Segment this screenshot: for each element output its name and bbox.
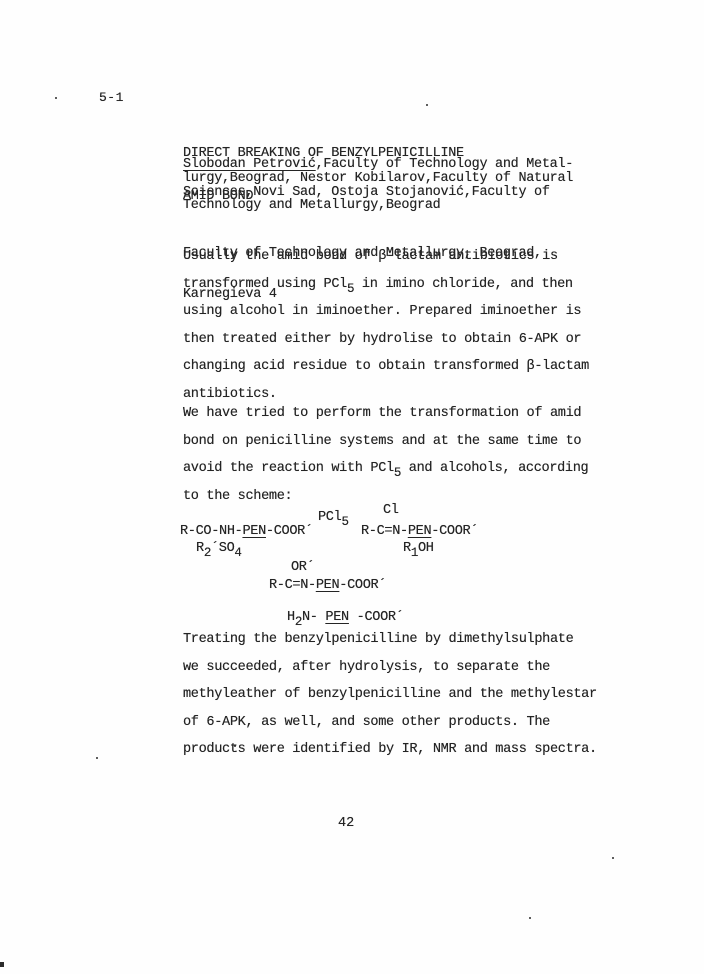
abstract-paragraph-2: We have tried to perform the transformat… bbox=[183, 400, 588, 510]
text-line: Sciences,Novi Sad, Ostoja Stojanović,Fac… bbox=[183, 186, 573, 200]
r2so4-reagent: R2´SO4 bbox=[196, 541, 242, 556]
or-label: OR´ bbox=[291, 560, 314, 575]
authors-block: Slobodan Petrović,Faculty of Technology … bbox=[183, 158, 573, 213]
pcl5-reagent: PCl5 bbox=[318, 510, 349, 525]
text-line: then treated either by hydrolise to obta… bbox=[183, 326, 589, 354]
scanned-document-page: 5-1 DIRECT BREAKING OF BENZYLPENICILLINE… bbox=[0, 0, 704, 974]
scan-speck bbox=[0, 962, 4, 967]
session-label: 5-1 bbox=[99, 90, 124, 105]
text-line: methyleather of benzylpenicilline and th… bbox=[183, 681, 597, 709]
abstract-paragraph-3: Treating the benzylpenicilline by dimeth… bbox=[183, 626, 597, 764]
chlorine-label: Cl bbox=[383, 503, 399, 518]
abstract-paragraph-1: Usually the amid bond of β-lactam antibi… bbox=[183, 243, 589, 409]
formula-imino-chloride: R-C=N-PEN-COOR´ bbox=[361, 524, 478, 539]
text-line: lurgy,Beograd, Nestor Kobilarov,Faculty … bbox=[183, 172, 573, 186]
r1oh-reagent: R1OH bbox=[403, 541, 434, 556]
text-line: using alcohol in iminoether. Prepared im… bbox=[183, 298, 589, 326]
text-line: Slobodan Petrović,Faculty of Technology … bbox=[183, 158, 573, 172]
scan-speck bbox=[612, 857, 614, 859]
text-line: we succeeded, after hydrolysis, to separ… bbox=[183, 654, 597, 682]
formula-benzylpenicilline: R-CO-NH-PEN-COOR´ bbox=[180, 524, 313, 539]
formula-6apk-ester: H2N- PEN -COOR´ bbox=[287, 610, 404, 625]
text-line: products were identified by IR, NMR and … bbox=[183, 736, 597, 764]
scan-speck bbox=[529, 917, 531, 919]
text-line: avoid the reaction with PCl5 and alcohol… bbox=[183, 455, 588, 483]
scan-speck bbox=[55, 97, 57, 99]
text-line: Treating the benzylpenicilline by dimeth… bbox=[183, 626, 597, 654]
scan-speck bbox=[234, 745, 236, 747]
text-line: Usually the amid bond of β-lactam antibi… bbox=[183, 243, 589, 271]
scan-speck bbox=[96, 757, 98, 759]
text-line: changing acid residue to obtain transfor… bbox=[183, 353, 589, 381]
text-line: transformed using PCl5 in imino chloride… bbox=[183, 271, 589, 299]
formula-iminoether: R-C=N-PEN-COOR´ bbox=[269, 578, 386, 593]
scan-speck bbox=[426, 104, 428, 106]
page-number: 42 bbox=[338, 816, 354, 831]
text-line: We have tried to perform the transformat… bbox=[183, 400, 588, 428]
text-line: bond on penicilline systems and at the s… bbox=[183, 428, 588, 456]
text-line: of 6-APK, as well, and some other produc… bbox=[183, 709, 597, 737]
text-line: Technology and Metallurgy,Beograd bbox=[183, 199, 573, 213]
